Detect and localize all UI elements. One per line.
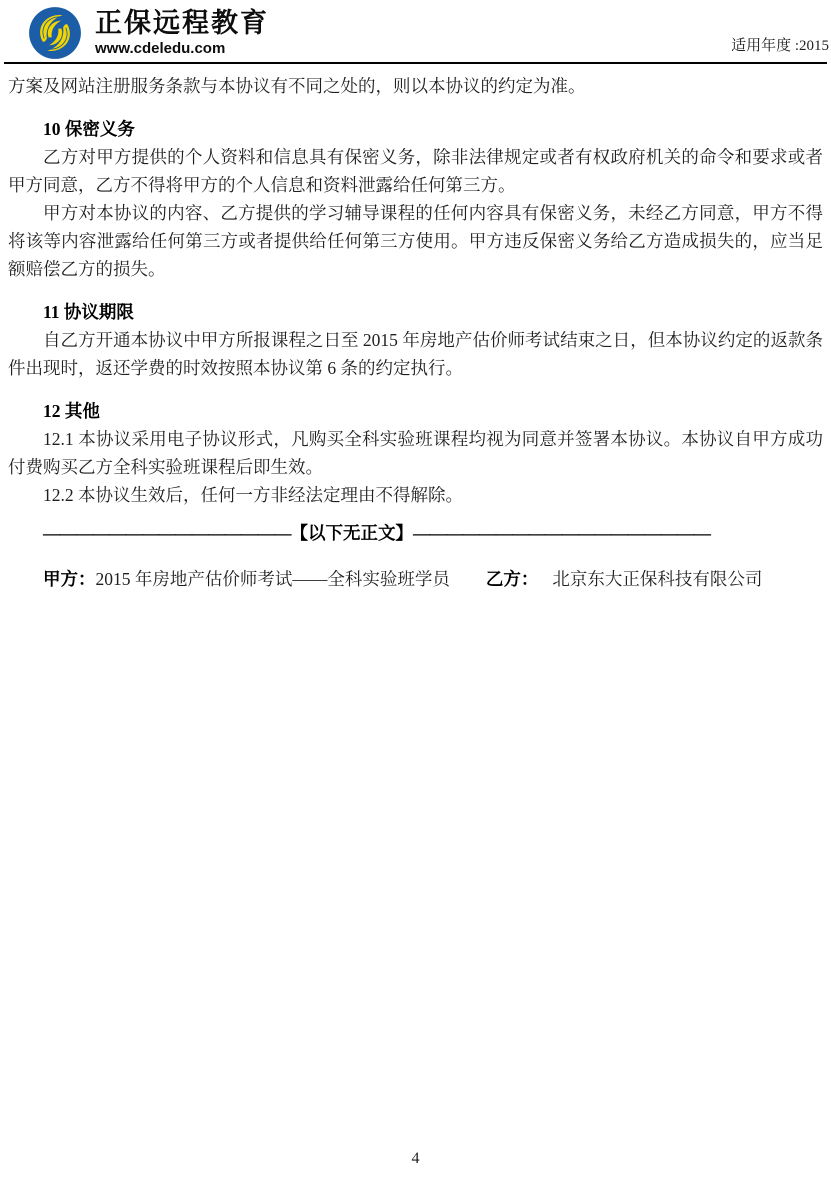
intro-paragraph: 方案及网站注册服务条款与本协议有不同之处的，则以本协议的约定为准。	[8, 72, 823, 100]
separator-label: 【以下无正文】	[291, 523, 414, 543]
section-12-paragraph-2: 12.2 本协议生效后，任何一方非经法定理由不得解除。	[8, 481, 823, 509]
document-page: 正保远程教育 www.cdeledu.com 适用年度 :2015 方案及网站注…	[0, 0, 831, 1186]
section-10-paragraph-1: 乙方对甲方提供的个人资料和信息具有保密义务，除非法律规定或者有权政府机关的命令和…	[8, 143, 823, 199]
brand-text: 正保远程教育 www.cdeledu.com	[95, 8, 269, 57]
header-divider	[4, 62, 827, 64]
party-a-value: 2015 年房地产估价师考试——全科实验班学员	[96, 569, 450, 589]
applicable-year: 适用年度 :2015	[731, 34, 829, 55]
section-heading-10: 10 保密义务	[8, 115, 823, 143]
brand-logo: 正保远程教育 www.cdeledu.com	[28, 6, 269, 60]
party-b-value: 北京东大正保科技有限公司	[552, 569, 762, 589]
brand-logo-icon	[28, 6, 82, 60]
parties-line: 甲方：2015 年房地产估价师考试——全科实验班学员乙方：北京东大正保科技有限公…	[8, 565, 823, 593]
section-11-paragraph-1: 自乙方开通本协议中甲方所报课程之日至 2015 年房地产估价师考试结束之日，但本…	[8, 326, 823, 382]
document-body: 方案及网站注册服务条款与本协议有不同之处的，则以本协议的约定为准。 10 保密义…	[8, 72, 823, 593]
section-12-paragraph-1: 12.1 本协议采用电子协议形式，凡购买全科实验班课程均视为同意并签署本协议。本…	[8, 425, 823, 481]
brand-name: 正保远程教育	[95, 8, 269, 39]
separator-right-dashes: ——————————————————	[413, 523, 710, 543]
separator-left-dashes: ———————————————	[43, 523, 291, 543]
section-10-paragraph-2: 甲方对本协议的内容、乙方提供的学习辅导课程的任何内容具有保密义务，未经乙方同意，…	[8, 199, 823, 283]
page-number: 4	[0, 1150, 831, 1168]
party-b-label: 乙方：	[486, 569, 539, 589]
section-heading-11: 11 协议期限	[8, 298, 823, 326]
section-heading-12: 12 其他	[8, 397, 823, 425]
brand-url: www.cdeledu.com	[95, 40, 269, 58]
page-header: 正保远程教育 www.cdeledu.com	[28, 6, 821, 60]
party-a-label: 甲方：	[43, 569, 96, 589]
no-more-text-separator: ———————————————【以下无正文】——————————————————	[8, 519, 823, 547]
